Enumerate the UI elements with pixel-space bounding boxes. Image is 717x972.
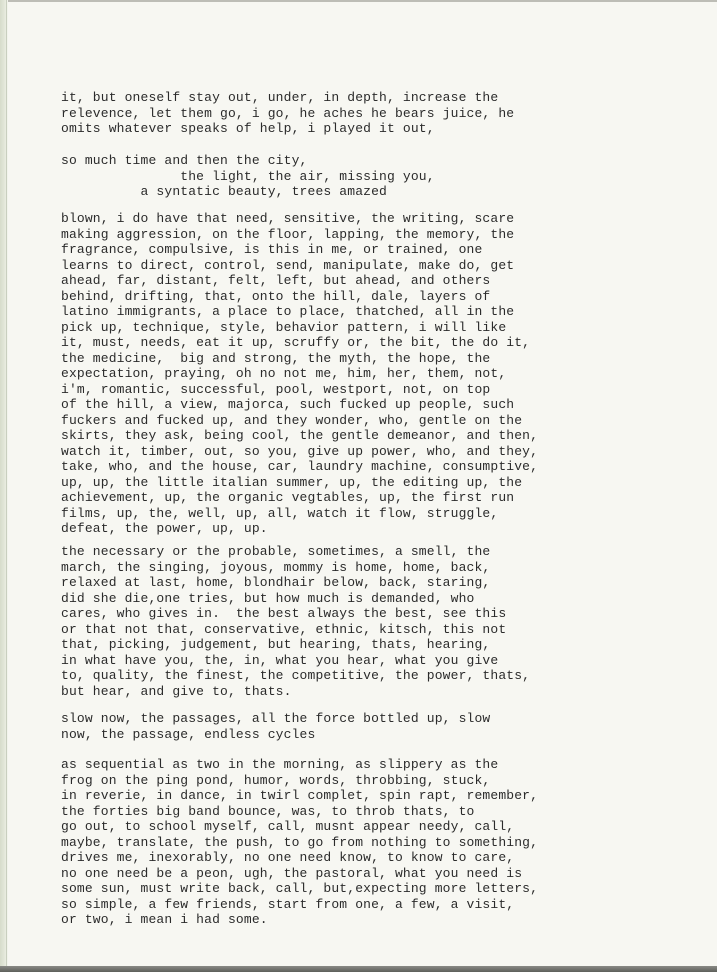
text-line: relevence, let them go, i go, he aches h… <box>61 106 514 122</box>
text-line: frog on the ping pond, humor, words, thr… <box>61 773 538 789</box>
paragraph-5: slow now, the passages, all the force bo… <box>61 711 490 742</box>
text-line: or that not that, conservative, ethnic, … <box>61 622 530 638</box>
text-line: the light, the air, missing you, <box>61 169 435 185</box>
text-line: skirts, they ask, being cool, the gentle… <box>61 428 538 444</box>
text-line: fragrance, compulsive, is this in me, or… <box>61 242 538 258</box>
paragraph-2-verse: so much time and then the city, the ligh… <box>61 153 435 200</box>
text-line: making aggression, on the floor, lapping… <box>61 227 538 243</box>
text-line: blown, i do have that need, sensitive, t… <box>61 211 538 227</box>
text-line: omits whatever speaks of help, i played … <box>61 121 514 137</box>
text-line: the forties big band bounce, was, to thr… <box>61 804 538 820</box>
text-line: the necessary or the probable, sometimes… <box>61 544 530 560</box>
text-line: no one need be a peon, ugh, the pastoral… <box>61 866 538 882</box>
text-line: did she die,one tries, but how much is d… <box>61 591 530 607</box>
text-line: of the hill, a view, majorca, such fucke… <box>61 397 538 413</box>
text-line: to, quality, the finest, the competitive… <box>61 668 530 684</box>
manuscript-page: it, but oneself stay out, under, in dept… <box>0 0 717 966</box>
text-line: defeat, the power, up, up. <box>61 521 538 537</box>
text-line: ahead, far, distant, felt, left, but ahe… <box>61 273 538 289</box>
text-line: some sun, must write back, call, but,exp… <box>61 881 538 897</box>
text-line: a syntatic beauty, trees amazed <box>61 184 435 200</box>
paragraph-4: the necessary or the probable, sometimes… <box>61 544 530 699</box>
text-line: slow now, the passages, all the force bo… <box>61 711 490 727</box>
text-line: cares, who gives in. the best always the… <box>61 606 530 622</box>
text-line: expectation, praying, oh no not me, him,… <box>61 366 538 382</box>
text-line: i'm, romantic, successful, pool, westpor… <box>61 382 538 398</box>
text-line: so simple, a few friends, start from one… <box>61 897 538 913</box>
text-line: the medicine, big and strong, the myth, … <box>61 351 538 367</box>
text-line: now, the passage, endless cycles <box>61 727 490 743</box>
paragraph-3: blown, i do have that need, sensitive, t… <box>61 211 538 537</box>
scan-bottom-edge <box>0 966 717 972</box>
paragraph-1: it, but oneself stay out, under, in dept… <box>61 90 514 137</box>
text-line: so much time and then the city, <box>61 153 435 169</box>
text-line: latino immigrants, a place to place, tha… <box>61 304 538 320</box>
text-line: but hear, and give to, thats. <box>61 684 530 700</box>
text-line: or two, i mean i had some. <box>61 912 538 928</box>
text-line: in what have you, the, in, what you hear… <box>61 653 530 669</box>
text-line: it, must, needs, eat it up, scruffy or, … <box>61 335 538 351</box>
text-line: films, up, the, well, up, all, watch it … <box>61 506 538 522</box>
text-line: achievement, up, the organic vegtables, … <box>61 490 538 506</box>
text-line: go out, to school myself, call, musnt ap… <box>61 819 538 835</box>
text-line: up, up, the little italian summer, up, t… <box>61 475 538 491</box>
text-line: drives me, inexorably, no one need know,… <box>61 850 538 866</box>
text-line: fuckers and fucked up, and they wonder, … <box>61 413 538 429</box>
text-line: watch it, timber, out, so you, give up p… <box>61 444 538 460</box>
paragraph-6: as sequential as two in the morning, as … <box>61 757 538 928</box>
text-line: maybe, translate, the push, to go from n… <box>61 835 538 851</box>
text-line: behind, drifting, that, onto the hill, d… <box>61 289 538 305</box>
text-line: take, who, and the house, car, laundry m… <box>61 459 538 475</box>
text-line: it, but oneself stay out, under, in dept… <box>61 90 514 106</box>
text-line: learns to direct, control, send, manipul… <box>61 258 538 274</box>
text-line: in reverie, in dance, in twirl complet, … <box>61 788 538 804</box>
text-line: as sequential as two in the morning, as … <box>61 757 538 773</box>
text-line: pick up, technique, style, behavior patt… <box>61 320 538 336</box>
text-line: relaxed at last, home, blondhair below, … <box>61 575 530 591</box>
text-line: march, the singing, joyous, mommy is hom… <box>61 560 530 576</box>
text-line: that, picking, judgement, but hearing, t… <box>61 637 530 653</box>
